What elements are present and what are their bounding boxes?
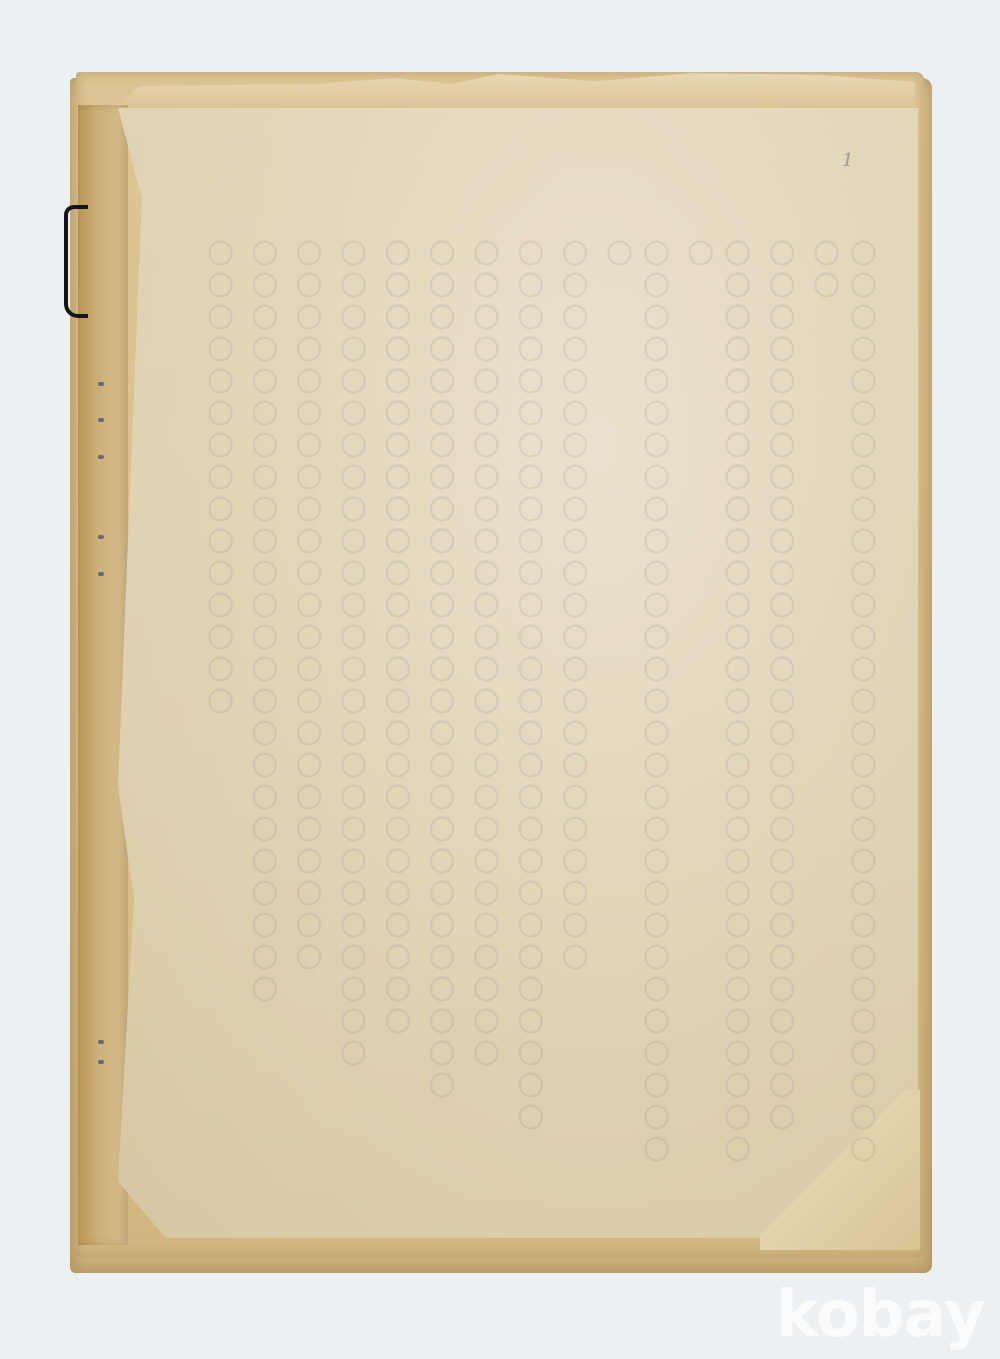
text-column: 〇〇〇〇〇〇〇〇〇〇〇〇〇〇〇〇〇〇〇〇〇〇〇〇〇〇〇〇	[762, 240, 799, 1190]
watermark-logo: kobay	[776, 1278, 985, 1352]
text-column: 〇〇〇〇〇〇〇〇〇〇〇〇〇〇〇〇〇〇〇〇〇〇〇〇〇	[377, 240, 414, 1190]
text-column: 〇〇〇〇〇〇〇〇〇〇〇〇〇〇〇〇〇〇〇〇〇〇〇〇	[244, 240, 281, 1190]
handwritten-text-block: 〇〇〇〇〇〇〇〇〇〇〇〇〇〇〇〇〇〇〇〇〇〇〇〇〇〇〇〇〇〇〇 〇〇〇〇〇〇〇〇…	[200, 240, 880, 1190]
text-column: 〇〇〇〇〇〇〇〇〇〇〇〇〇〇〇〇〇〇〇〇〇〇〇	[289, 240, 326, 1190]
binding-hole	[98, 382, 104, 386]
text-column: 〇〇〇〇〇〇〇〇〇〇〇〇〇〇〇〇〇〇〇〇〇〇〇	[555, 240, 592, 1190]
text-column: 〇〇〇〇〇〇〇〇〇〇〇〇〇〇〇〇〇〇〇〇〇〇〇〇〇〇〇〇〇〇〇	[806, 240, 880, 1190]
binding-hole	[98, 1040, 104, 1044]
binding-hole	[98, 1060, 104, 1064]
binding-cord	[64, 205, 88, 318]
text-column: 〇〇〇〇〇〇〇〇〇〇〇〇〇〇〇〇〇〇〇〇〇〇〇〇〇〇	[333, 240, 370, 1190]
text-column: 〇〇〇〇〇〇〇〇〇〇〇〇〇〇〇〇〇〇〇〇〇〇〇〇〇〇〇〇〇〇	[599, 240, 673, 1190]
binding-hole	[98, 572, 104, 576]
binding-hole	[98, 418, 104, 422]
text-column: 〇〇〇〇〇〇〇〇〇〇〇〇〇〇〇〇〇〇〇〇〇〇〇〇〇〇〇〇	[510, 240, 547, 1190]
text-column: 〇〇〇〇〇〇〇〇〇〇〇〇〇〇〇	[200, 240, 237, 1190]
text-column: 〇〇〇〇〇〇〇〇〇〇〇〇〇〇〇〇〇〇〇〇〇〇〇〇〇〇〇〇〇〇	[680, 240, 754, 1190]
binding-hole	[98, 535, 104, 539]
text-column: 〇〇〇〇〇〇〇〇〇〇〇〇〇〇〇〇〇〇〇〇〇〇〇〇〇〇	[466, 240, 503, 1190]
binding-hole	[98, 455, 104, 459]
text-column: 〇〇〇〇〇〇〇〇〇〇〇〇〇〇〇〇〇〇〇〇〇〇〇〇〇〇〇	[422, 240, 459, 1190]
page-number: 1	[842, 150, 853, 171]
